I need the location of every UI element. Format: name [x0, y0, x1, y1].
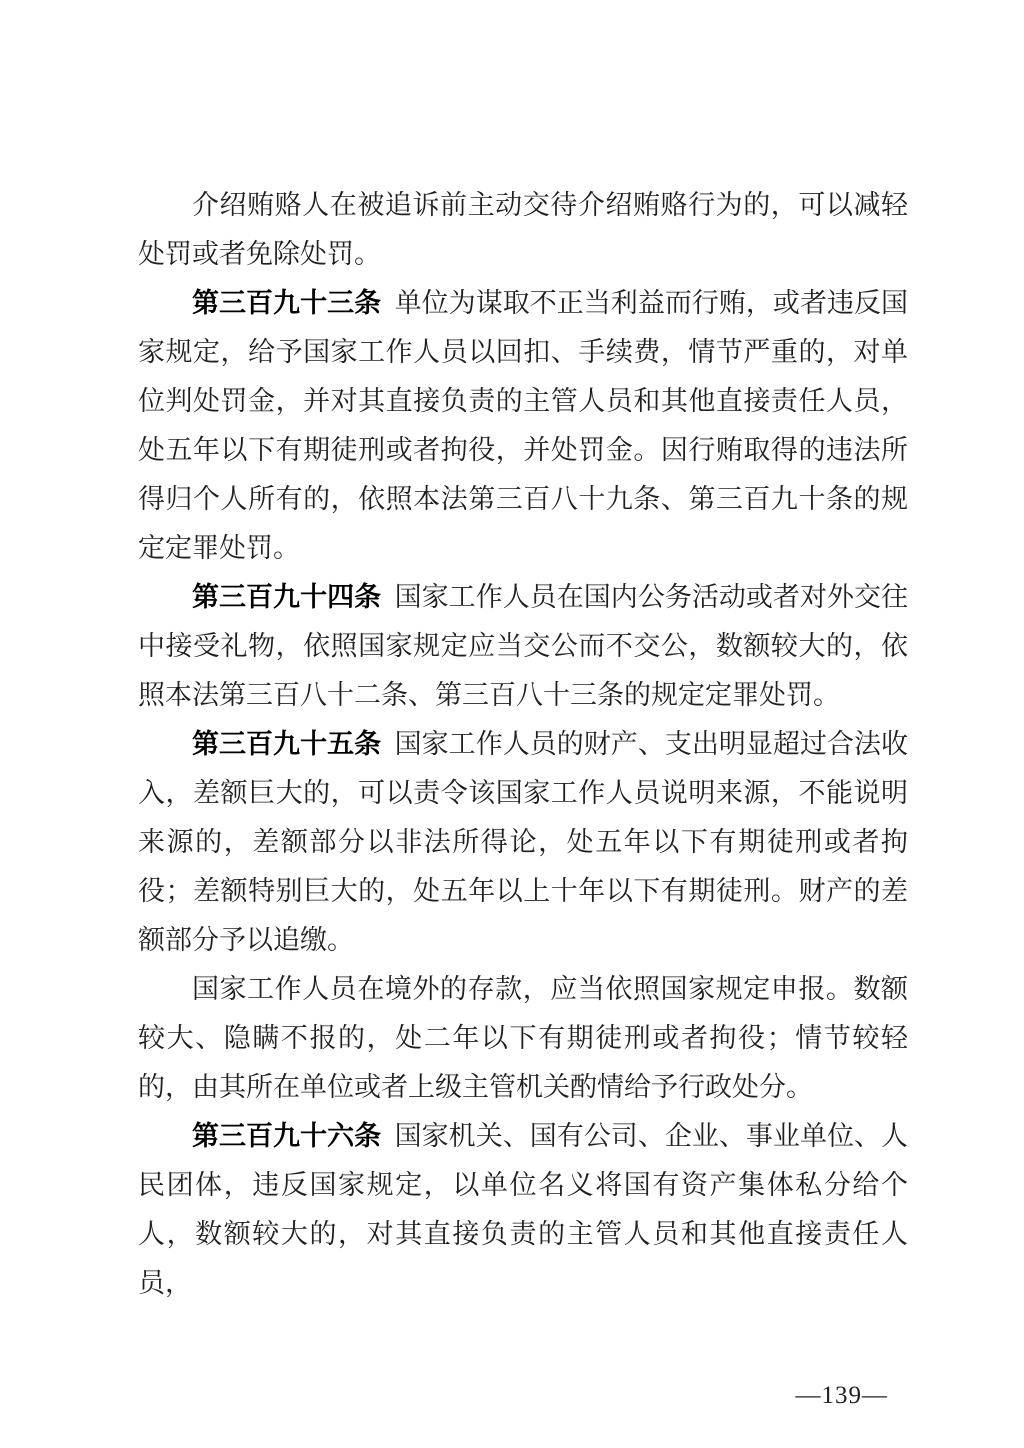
paragraph-article-395: 第三百九十五条国家工作人员的财产、支出明显超过合法收入，差额巨大的，可以责令该国… — [138, 720, 908, 965]
document-page: 介绍贿赂人在被追诉前主动交待介绍贿赂行为的，可以减轻处罚或者免除处罚。 第三百九… — [0, 0, 1024, 1448]
paragraph-intro-bribery: 介绍贿赂人在被追诉前主动交待介绍贿赂行为的，可以减轻处罚或者免除处罚。 — [138, 181, 908, 279]
paragraph-text: 国家工作人员的财产、支出明显超过合法收入，差额巨大的，可以责令该国家工作人员说明… — [138, 729, 908, 955]
page-number: —139— — [796, 1382, 889, 1410]
paragraph-article-395-clause-2: 国家工作人员在境外的存款，应当依照国家规定申报。数额较大、隐瞒不报的，处二年以下… — [138, 965, 908, 1112]
article-number-394: 第三百九十四条 — [192, 582, 381, 612]
paragraph-article-396: 第三百九十六条国家机关、国有公司、企业、事业单位、人民团体，违反国家规定，以单位… — [138, 1112, 908, 1308]
paragraph-text: 介绍贿赂人在被追诉前主动交待介绍贿赂行为的，可以减轻处罚或者免除处罚。 — [138, 190, 908, 269]
article-number-395: 第三百九十五条 — [192, 729, 381, 759]
article-number-396: 第三百九十六条 — [192, 1121, 381, 1151]
paragraph-text: 国家工作人员在境外的存款，应当依照国家规定申报。数额较大、隐瞒不报的，处二年以下… — [138, 974, 908, 1102]
paragraph-article-394: 第三百九十四条国家工作人员在国内公务活动或者对外交往中接受礼物，依照国家规定应当… — [138, 573, 908, 720]
law-text-block: 介绍贿赂人在被追诉前主动交待介绍贿赂行为的，可以减轻处罚或者免除处罚。 第三百九… — [138, 181, 908, 1308]
article-number-393: 第三百九十三条 — [192, 288, 381, 318]
paragraph-article-393: 第三百九十三条单位为谋取不正当利益而行贿，或者违反国家规定，给予国家工作人员以回… — [138, 279, 908, 573]
paragraph-text: 单位为谋取不正当利益而行贿，或者违反国家规定，给予国家工作人员以回扣、手续费，情… — [138, 288, 908, 563]
